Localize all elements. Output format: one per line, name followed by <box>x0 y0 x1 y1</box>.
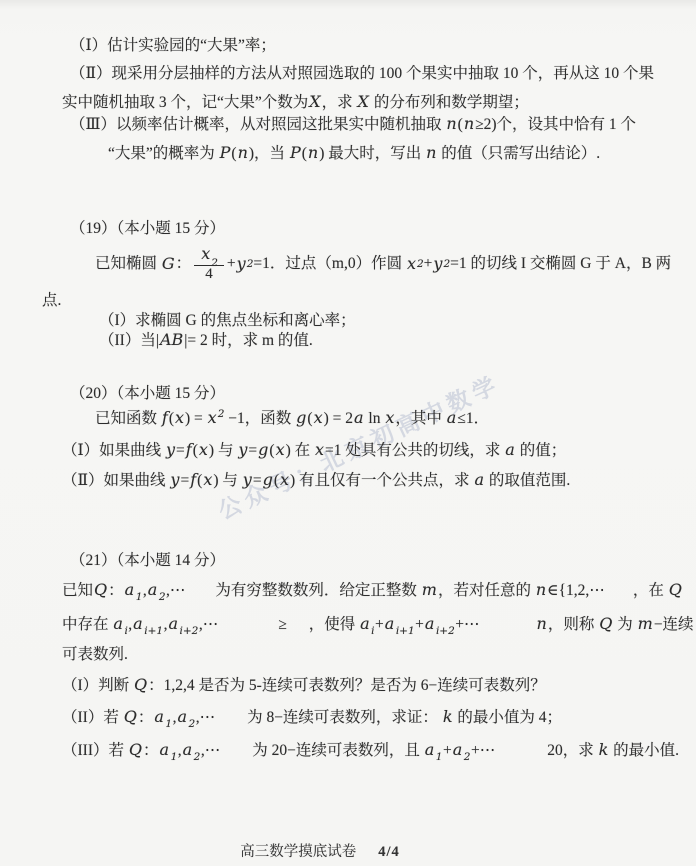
math-var: f <box>189 470 197 489</box>
math-var: X <box>357 92 370 111</box>
math-var: G <box>161 254 176 274</box>
q18-item3: （Ⅲ）以频率估计概率，从对照园这批果实中随机抽取 n(n≥2)个，设其中恰有 1… <box>70 114 636 135</box>
q21-part2: （II）若 Q：a1,a2,⋯为 8−连续可表数列，求证： k 的最小值为 4； <box>62 707 562 728</box>
fraction-numerator: x2 <box>194 246 224 266</box>
math-var: a <box>359 614 371 633</box>
math-var: Q <box>598 614 613 633</box>
math-var: x <box>207 408 218 427</box>
q18-item2-cont: 实中随机抽取 3 个，记“大果”个数为X，求 X 的分布列和数学期望； <box>62 92 529 113</box>
formula-gap <box>495 754 547 755</box>
subscript: 1 <box>136 591 143 603</box>
math-var: y <box>432 254 443 274</box>
exam-page: 公众号：北京初高中数学 （Ⅰ）估计实验园的“大果”率；（Ⅱ）现采用分层抽样的方法… <box>0 0 696 866</box>
math-var: x <box>406 254 417 274</box>
q20-part1: （Ⅰ）如果曲线 y=f(x) 与 y=g(x) 在 x=1 处具有公共的切线，求… <box>62 440 566 461</box>
math-var: n <box>445 114 457 133</box>
q21-part1: （I）判断 Q：1,2,4 是否为 5-连续可表数列？是否为 6−连续可表数列？ <box>62 675 546 696</box>
subscript: 2 <box>194 751 201 763</box>
math-var: x <box>200 246 211 263</box>
fraction-denominator: 4 <box>205 266 213 283</box>
q21-part3: （III）若 Q：a1,a2,⋯为 20−连续可表数列，且 a1+a2+⋯20，… <box>62 740 679 761</box>
q19-intro-cont: 点. <box>42 291 61 311</box>
q19-header: （19）（本小题 15 分） <box>70 219 225 239</box>
math-var: Q <box>123 707 138 726</box>
q20-part2: （Ⅱ）如果曲线 y=f(x) 与 y=g(x) 有且仅有一个公共点，求 a 的取… <box>62 470 570 491</box>
q18-item1: （Ⅰ）估计实验园的“大果”率； <box>70 36 276 56</box>
math-var: y <box>169 470 180 489</box>
math-var: n <box>425 143 437 162</box>
q21-header: （21）（本小题 14 分） <box>70 551 225 571</box>
subscript: i <box>124 625 127 637</box>
q18-item3-cont: “大果”的概率为 P(n)，当 P(n) 最大时，写出 n 的值（只需写出结论）… <box>108 143 600 164</box>
math-var: a <box>153 707 165 726</box>
math-var: y <box>237 440 248 459</box>
q19-part2: （II）当|AB|= 2 时，求 m 的值. <box>99 330 313 351</box>
q21-intro-2: 中存在 ai,ai+1,ai+2,⋯≥，使得 ai+ai+1+ai+2+⋯n，则… <box>62 614 694 635</box>
math-var: a <box>473 470 485 489</box>
fraction: x24 <box>194 246 224 283</box>
subscript: 1 <box>171 751 178 763</box>
math-var: Q <box>668 580 683 599</box>
math-var: m <box>637 614 654 633</box>
math-var: k <box>442 707 454 726</box>
subscript: 2 <box>159 591 166 603</box>
math-var: X <box>308 92 321 111</box>
math-var: a <box>112 614 124 633</box>
math-var: n <box>535 580 547 599</box>
math-var: a <box>159 740 171 759</box>
math-var: a <box>167 614 179 633</box>
math-var: Q <box>133 675 148 694</box>
q18-item2: （Ⅱ）现采用分层抽样的方法从对照园选取的 100 个果实中抽取 10 个，再从这… <box>70 64 654 84</box>
math-var: x <box>275 440 286 459</box>
math-var: P <box>219 143 232 162</box>
math-var: y <box>242 470 253 489</box>
math-var: a <box>147 580 159 599</box>
math-var: AB <box>159 330 184 349</box>
formula-gap <box>215 721 247 722</box>
subscript: 1 <box>165 718 172 730</box>
math-var: a <box>132 614 144 633</box>
formula-gap <box>605 594 633 595</box>
page-number: 4/4 <box>378 844 400 860</box>
math-var: n <box>536 614 548 633</box>
math-var: g <box>262 470 274 489</box>
subscript: i+1 <box>396 625 415 637</box>
subscript: i+1 <box>144 625 163 637</box>
math-var: n <box>307 143 319 162</box>
subscript: 2 <box>464 751 471 763</box>
math-var: a <box>424 614 436 633</box>
math-var: n <box>463 114 475 133</box>
math-var: f <box>161 408 169 427</box>
math-var: f <box>185 440 193 459</box>
page-footer: 高三数学摸底试卷4/4 <box>0 840 640 861</box>
math-var: a <box>446 408 458 427</box>
math-var: Q <box>93 580 108 599</box>
math-var: y <box>165 440 176 459</box>
subscript: 2 <box>189 718 196 730</box>
math-var: a <box>452 740 464 759</box>
math-var: x <box>313 408 324 427</box>
math-var: a <box>176 707 188 726</box>
q20-header: （20）（本小题 15 分） <box>70 384 225 404</box>
math-var: k <box>598 740 610 759</box>
subscript: i <box>371 625 374 637</box>
math-var: a <box>424 740 436 759</box>
math-var: x <box>174 408 185 427</box>
math-var: a <box>182 740 194 759</box>
formula-gap <box>287 628 309 629</box>
math-var: x <box>314 440 325 459</box>
formula-gap <box>185 594 215 595</box>
q21-intro-1: 已知Q：a1,a2,⋯为有穷整数数列．给定正整数 m，若对任意的 n∈{1,2,… <box>62 580 683 601</box>
subscript: i+2 <box>179 625 198 637</box>
math-var: g <box>257 440 269 459</box>
formula-gap <box>480 628 536 629</box>
math-var: a <box>504 440 516 459</box>
footer-title: 高三数学摸底试卷 <box>240 844 356 860</box>
math-var: x <box>384 408 395 427</box>
q20-intro: 已知函数 f(x) = x2 −1，函数 g(x) = 2a ln x，其中 a… <box>95 408 489 429</box>
math-var: g <box>295 408 307 427</box>
math-var: P <box>289 143 302 162</box>
subscript: 1 <box>436 751 443 763</box>
q21-intro-3: 可表数列. <box>62 645 128 665</box>
math-var: x <box>202 470 213 489</box>
math-var: x <box>198 440 209 459</box>
math-var: m <box>421 580 438 599</box>
subscript: i+2 <box>436 625 455 637</box>
formula-gap <box>220 754 252 755</box>
math-var: n <box>237 143 249 162</box>
math-var: a <box>124 580 136 599</box>
math-var: a <box>353 408 365 427</box>
q19-part1: （I）求椭圆 G 的焦点坐标和离心率； <box>99 311 356 331</box>
math-var: x <box>279 470 290 489</box>
math-var: y <box>236 254 247 274</box>
q19-intro: 已知椭圆 G：x24+y2=1．过点（m,0）作圆 x2+y2=1 的切线 I … <box>95 246 671 283</box>
exam-content: （Ⅰ）估计实验园的“大果”率；（Ⅱ）现采用分层抽样的方法从对照园选取的 100 … <box>0 0 696 866</box>
math-var: Q <box>128 740 143 759</box>
math-var: a <box>384 614 396 633</box>
formula-gap <box>218 628 278 629</box>
